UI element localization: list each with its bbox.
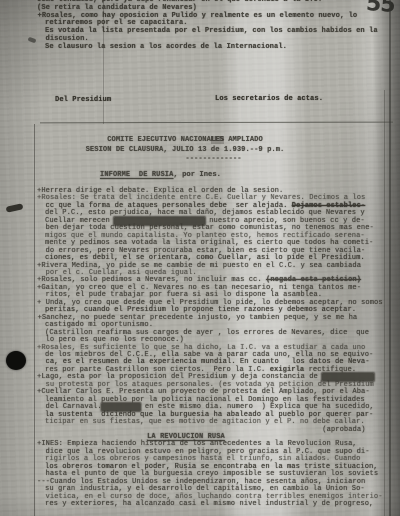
text-line: Es votada la lista presentada por el Pre… <box>37 28 393 36</box>
text-segment: SESION DE CLAUSURA, JULIO 13 de 1.939.--… <box>86 146 285 154</box>
hole-punch-mark <box>6 351 26 370</box>
overtype-text: LES <box>211 136 224 144</box>
text-segment: res y exteriores, ha alcanzado casi el m… <box>45 500 373 508</box>
underline-bold-text: INFORME DE RUSIA <box>100 171 173 179</box>
text-segment: Es votada la lista presentada por el Pre… <box>45 27 378 35</box>
text-segment: discusion. <box>46 35 89 43</box>
document-page: 55 como tendamos, pero ya supo renunciar… <box>0 0 400 516</box>
right-edge-line <box>389 0 391 516</box>
text-segment: AMPLIADO <box>224 136 263 144</box>
text-segment: COMITE EJECUTIVO NACIONA <box>107 136 211 144</box>
pen-mark <box>6 203 24 212</box>
text-line: INFORME DE RUSIA, por Ines. <box>100 172 221 179</box>
report-heading: INFORME DE RUSIA, por Ines. <box>100 172 221 179</box>
text-segment: Se clausuro la sesion a los acordes de l… <box>45 43 287 51</box>
top-crease-line <box>103 0 104 124</box>
text-segment: , por Ines. <box>173 171 221 179</box>
horizontal-rule <box>40 122 393 124</box>
text-segment: (Se retira la candidatura de Nevares) <box>37 4 197 12</box>
signature-secretaries: Los secretarios de actas. <box>215 95 323 103</box>
text-line: SESION DE CLAUSURA, JULIO 13 de 1.939.--… <box>9 146 361 156</box>
left-crease-line <box>34 124 35 516</box>
text-line: Se clausuro la sesion a los acordes de l… <box>37 44 393 52</box>
body-text: +Herrera dirige el debate. Explica el or… <box>37 188 391 508</box>
text-line: COMITE EJECUTIVO NACIONALES AMPLIADO <box>9 136 361 146</box>
ink-smudge <box>28 37 37 43</box>
text-line: ------------- <box>38 155 390 165</box>
right-edge-line-faint <box>384 90 385 516</box>
text-line: res y exteriores, ha alcanzado casi el m… <box>37 501 391 508</box>
text-segment: (aprobada) <box>322 426 365 434</box>
top-fragment: como tendamos, pero ya supo renunciar en… <box>37 0 393 52</box>
text-segment: ticipar en sus fiestas, que es motivo de… <box>45 418 365 426</box>
text-segment: ------------- <box>185 155 241 163</box>
session-header: COMITE EJECUTIVO NACIONALES AMPLIADOSESI… <box>37 136 389 165</box>
